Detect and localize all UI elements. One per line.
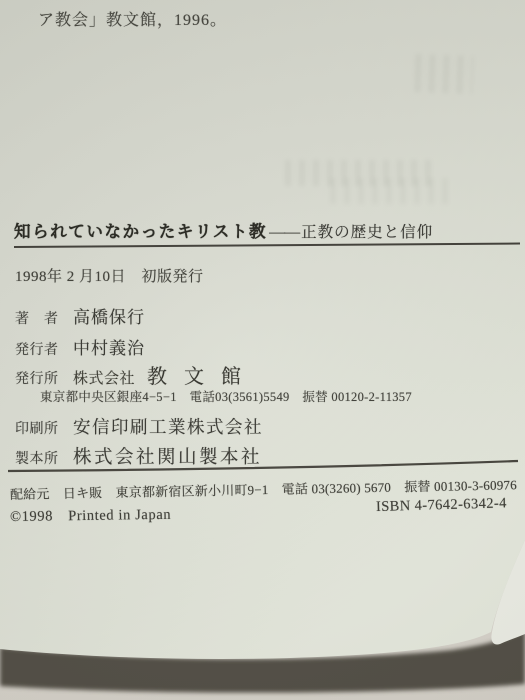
publisher-address-line: 東京都中央区銀座4−5−1 電話03(3561)5549 振替 00120-2-… [40,387,412,405]
publishing-house-prefix: 株式会社 [73,367,135,388]
binder-row: 製本所 株式会社関山製本社 [15,443,262,469]
book-colophon-photo: ア教会」教文館，1996。 知られていなかったキリスト教 ―― 正教の歴史と信仰… [0,0,525,700]
title-dash: ―― [269,224,299,242]
publishing-house-row: 発行所 株式会社 教 文 館 [15,360,247,389]
binder-name: 株式会社関山製本社 [73,443,262,469]
isbn-number: ISBN 4-7642-6342-4 [376,495,507,516]
author-label: 著 者 [15,308,61,328]
paper-sheet [0,0,525,659]
edition-date-line: 1998年 2 月10日 初版発行 [15,265,204,286]
book-subtitle: 正教の歴史と信仰 [301,220,433,242]
binder-label: 製本所 [15,448,61,468]
reference-line-tail: ア教会」教文館，1996。 [38,7,227,30]
publishing-house-name: 教 文 館 [147,360,247,389]
issuer-label: 発行者 [15,339,61,359]
printer-row: 印刷所 安信印刷工業株式会社 [15,414,263,439]
author-row: 著 者 高橋保行 [15,303,145,328]
issuer-row: 発行者 中村義治 [15,334,145,359]
printer-name: 安信印刷工業株式会社 [73,414,263,439]
printer-label: 印刷所 [15,418,61,438]
book-title: 知られていなかったキリスト教 [14,218,267,242]
issuer-name: 中村義治 [73,334,145,359]
copyright-line: ©1998 Printed in Japan [10,503,171,526]
book-title-row: 知られていなかったキリスト教 ―― 正教の歴史と信仰 [14,218,433,242]
author-name: 高橋保行 [73,303,145,328]
publishing-house-label: 発行所 [15,368,61,388]
